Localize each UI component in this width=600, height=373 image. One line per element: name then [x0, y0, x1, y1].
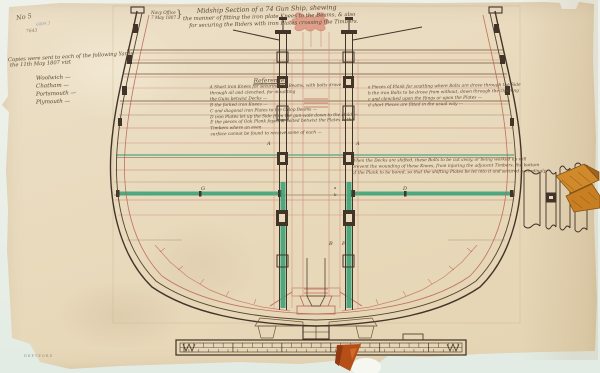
office-note-line2: 7 May 1807 [151, 15, 176, 20]
yards-list: Woolwich — Chatham — Portsmouth — Plymou… [36, 74, 76, 106]
shift-note-block: When the Decks are shifted, these Bolts … [352, 157, 530, 177]
office-note-line1: Navy Office [151, 10, 176, 15]
scanned-ship-plan: A A B F D G a b No 5 6004 3 7643 Copies … [0, 0, 600, 373]
references-block: References A Short iron Knees for securi… [209, 76, 360, 139]
label-a-small: a [334, 185, 337, 190]
plate-note-block: a Pieces of Plank for scuttling where Bo… [368, 83, 528, 110]
scale-bar [176, 334, 466, 355]
label-D: D [402, 186, 407, 192]
title-block: Midship Section of a 74 Gun Ship, shewin… [183, 4, 359, 30]
orange-chock-patch [556, 164, 600, 212]
office-note: Navy Office 7 May 1807 } [151, 9, 183, 20]
office-note-brace: } [176, 9, 182, 20]
label-F: F [341, 241, 346, 247]
label-b-small: b [334, 192, 337, 197]
left-rider [233, 17, 292, 310]
yard-item: Plymouth — [36, 97, 76, 106]
green-iron-plates [116, 190, 514, 197]
pencil-bottom-left-note: DEPTFORD [24, 354, 53, 358]
archive-number: 7643 [26, 29, 38, 35]
label-B: B [328, 241, 333, 247]
label-A-left: A [266, 141, 271, 147]
mainmast [303, 32, 329, 306]
label-G: G [201, 186, 205, 192]
label-A-right: A [355, 141, 360, 147]
wax-patch [335, 344, 381, 373]
